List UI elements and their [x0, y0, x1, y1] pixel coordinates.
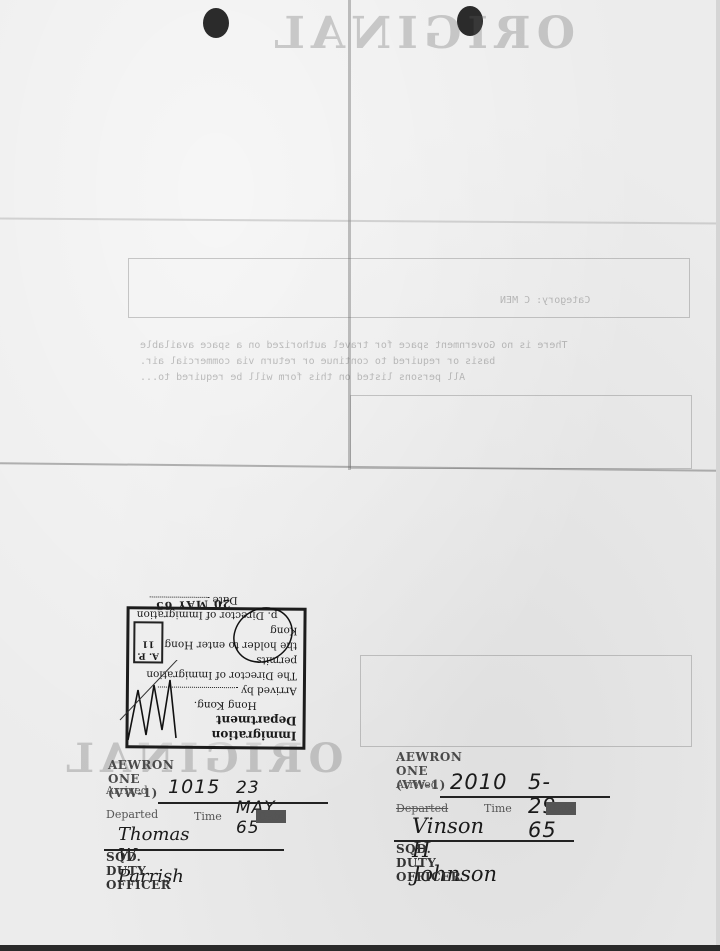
arrived-date: 23 MAY 65 — [236, 778, 276, 838]
date-label: Date — [256, 810, 286, 823]
ghost-table — [128, 258, 690, 318]
date-label: Date — [546, 802, 576, 815]
time-label: Time — [194, 810, 222, 823]
arrived-time: 1015 — [168, 776, 220, 798]
arrived-time: 2010 — [450, 770, 507, 794]
date-circle-mark — [225, 600, 300, 670]
scanned-page: ORIGINAL ORIGINAL Category: C MEN There … — [0, 0, 720, 951]
ghost-text: All persons listed on this form will be … — [140, 372, 465, 383]
ghost-header: ORIGINAL — [268, 8, 575, 59]
ghost-text: Category: C MEN — [500, 295, 590, 306]
punch-hole-icon — [203, 8, 229, 38]
immigration-signature-scribble — [118, 660, 198, 750]
stamp-arrived-by: Arrived by — [241, 684, 297, 696]
ghost-text: basis or required to continue or return … — [140, 356, 495, 367]
horizontal-fold-line — [0, 217, 720, 224]
departed-label: Departed — [106, 808, 158, 821]
arrived-label: Arrived — [396, 778, 438, 791]
ghost-table — [360, 655, 692, 747]
officer-title: SQD. DUTY OFFICER — [106, 850, 171, 892]
stamp-ap-box: A. P. 11 — [133, 621, 163, 663]
ghost-table — [350, 395, 692, 469]
page-edge — [0, 945, 720, 951]
officer-title: SQD. DUTY OFFICER — [396, 842, 461, 884]
page-edge — [716, 0, 720, 951]
ghost-text: There is no Government space for travel … — [140, 340, 567, 351]
arrived-label: Arrived — [106, 784, 148, 797]
